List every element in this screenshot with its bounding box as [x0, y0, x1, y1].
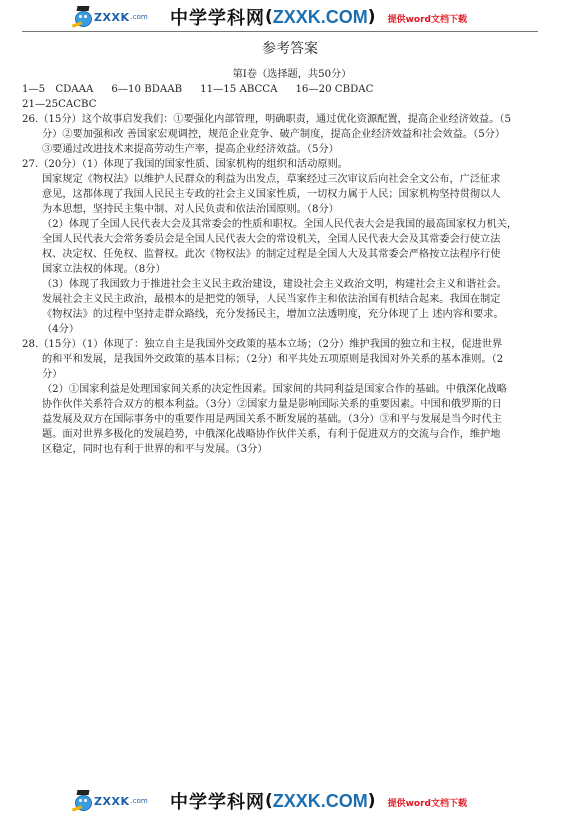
answer-line: 益发展及双方在国际事务中的重要作用是两国关系不断发展的基础。（3分）③和平与发展…: [22, 412, 542, 427]
answer-line: 区稳定，同时也有利于世界的和平与发展。（3分）: [22, 442, 542, 457]
document-body: 第Ⅰ卷（选择题，共50分） 1—5 CDAAA 6—10 BDAAB 11—15…: [22, 67, 542, 457]
answer-line: 26.（15分）这个故事启发我们：①要强化内部管理，明确职责，通过优化资源配置，…: [22, 112, 542, 127]
site-name: 中学学科网: [170, 4, 265, 30]
document-title: 参考答案: [0, 38, 580, 58]
page-footer: ZXXK .com 中学学科网 (ZXXK.COM) 提供word文档下载: [0, 784, 580, 818]
logo-text: ZXXK: [94, 11, 129, 24]
answer-group: 6—10 BDAAB: [111, 82, 182, 97]
answer-line: 意见，这都体现了我国人民民主专政的社会主义国家性质，一切权力属于人民；国家机构坚…: [22, 187, 542, 202]
site-domain: ZXXK.COM: [273, 791, 368, 812]
question-27: 27.（20分）（1）体现了我国的国家性质、国家机构的组织和活动原则。 国家规定…: [22, 157, 542, 337]
answer-line: 权、决定权、任免权、监督权。此次《物权法》的制定过程是全国人大及其常委会严格按立…: [22, 247, 542, 262]
choice-answers: 1—5 CDAAA 6—10 BDAAB 11—15 ABCCA 16—20 C…: [22, 82, 542, 97]
answer-group: 11—15 ABCCA: [200, 82, 277, 97]
mascot-icon: [72, 790, 94, 812]
choice-answers-line2: 21—25CACBC: [22, 97, 542, 112]
answer-line: （3）体现了我国致力于推进社会主义民主政治建设，建设社会主义政治文明，构建社会主…: [22, 277, 542, 292]
answer-line: 题。面对世界多极化的发展趋势，中俄深化战略协作伙伴关系，有利于促进双方的交流与合…: [22, 427, 542, 442]
answer-line: 分）②要加强和改 善国家宏观调控，规范企业竞争、破产制度，提高企业经济效益和社会…: [22, 127, 542, 142]
answer-group: 1—5 CDAAA: [22, 82, 93, 97]
page-header: ZXXK .com 中学学科网 (ZXXK.COM) 提供word文档下载: [0, 0, 580, 34]
logo-text: ZXXK: [94, 795, 129, 808]
tagline: 提供word文档下载: [388, 796, 467, 809]
tagline: 提供word文档下载: [388, 12, 467, 25]
answer-line: 协作伙伴关系符合双方的根本利益。（3分）②国家力量是影响国际关系的重要因素。中国…: [22, 397, 542, 412]
logo-suffix: .com: [130, 13, 147, 21]
answer-line: （2）①国家利益是处理国家间关系的决定性因素。国家间的共同利益是国家合作的基础。…: [22, 382, 542, 397]
answer-line: （4分）: [22, 322, 542, 337]
site-name: 中学学科网: [170, 788, 265, 814]
answer-line: 分）: [22, 367, 542, 382]
answer-group: 16—20 CBDAC: [295, 82, 373, 97]
question-26: 26.（15分）这个故事启发我们：①要强化内部管理，明确职责，通过优化资源配置，…: [22, 112, 542, 157]
answer-line: 《物权法》的过程中坚持走群众路线，充分发扬民主，增加立法透明度，充分体现了上 述…: [22, 307, 542, 322]
zxxk-logo: ZXXK .com: [72, 5, 156, 29]
answer-line: 国家立法权的体现。（8分）: [22, 262, 542, 277]
mascot-icon: [72, 6, 94, 28]
answer-line: 发展社会主义民主政治，最根本的是把党的领导，人民当家作主和依法治国有机结合起来。…: [22, 292, 542, 307]
answer-line: 国家规定《物权法》以维护人民群众的利益为出发点，草案经过三次审议后向社会全文公布…: [22, 172, 542, 187]
question-28: 28.（15分）（1）体现了：独立自主是我国外交政策的基本立场；（2分）维护我国…: [22, 337, 542, 457]
answer-line: （2）体现了全国人民代表大会及其常委会的性质和职权。全国人民代表大会是我国的最高…: [22, 217, 542, 232]
answer-line: 28.（15分）（1）体现了：独立自主是我国外交政策的基本立场；（2分）维护我国…: [22, 337, 542, 352]
site-domain: ZXXK.COM: [273, 7, 368, 28]
logo-suffix: .com: [130, 797, 147, 805]
answer-line: 27.（20分）（1）体现了我国的国家性质、国家机构的组织和活动原则。: [22, 157, 542, 172]
answer-line: ③要通过改进技术来提高劳动生产率，提高企业经济效益。（5分）: [22, 142, 542, 157]
answer-line: 全国人民代表大会常务委员会是全国人民代表大会的常设机关，全国人民代表大会及其常委…: [22, 232, 542, 247]
answer-line: 的和平和发展，是我国外交政策的基本目标；（2分）和平共处五项原则是我国对外关系的…: [22, 352, 542, 367]
brand-banner[interactable]: ZXXK .com 中学学科网 (ZXXK.COM) 提供word文档下载: [72, 4, 467, 30]
section-heading: 第Ⅰ卷（选择题，共50分）: [32, 67, 552, 82]
answer-line: 为本思想，坚持民主集中制、对人民负责和依法治国原则。（8分）: [22, 202, 542, 217]
zxxk-logo: ZXXK .com: [72, 789, 156, 813]
brand-banner-footer[interactable]: ZXXK .com 中学学科网 (ZXXK.COM) 提供word文档下载: [72, 788, 467, 814]
header-divider: [22, 31, 538, 32]
